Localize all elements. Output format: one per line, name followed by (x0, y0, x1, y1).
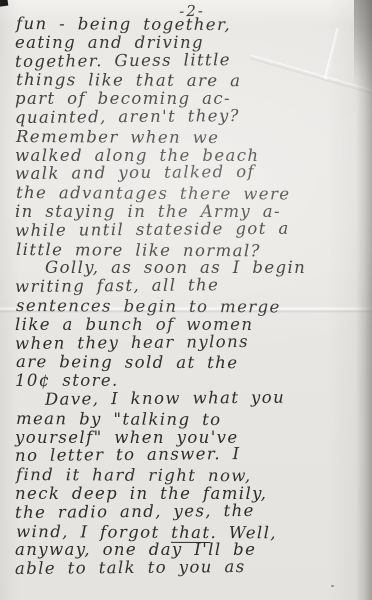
letter-line: writing fast, all the (15, 275, 363, 297)
letter-line: the advantages there were (16, 184, 364, 205)
letter-line: Remember when we (16, 128, 364, 149)
letter-line: wind, I forgot that. Well, (16, 523, 364, 544)
letter-line: the radio and, yes, the (15, 501, 363, 523)
letter-line: walk and you talked of (15, 162, 363, 184)
ink-speck (331, 585, 334, 587)
letter-line: sentences begin to merge (16, 297, 364, 318)
letter-line: able to talk to you as (15, 557, 363, 579)
letter-line: things like that are a (16, 71, 364, 92)
line-segment: . Well, (210, 523, 277, 542)
letter-page: -2- fun - being together,eating and driv… (0, 0, 372, 600)
letter-line: fun - being together, (16, 15, 364, 36)
letter-line: when they hear nylons (15, 332, 363, 354)
letter-line: no letter to answer. I (15, 444, 363, 466)
letter-line: little more like normal? (16, 241, 364, 262)
letter-line: Dave, I know what you (15, 388, 363, 410)
underlined-word: that (171, 522, 210, 542)
letter-line: find it hard right now, (16, 466, 364, 487)
letter-body-text: fun - being together,eating and drivingt… (15, 15, 363, 579)
letter-line: while until stateside got a (15, 219, 363, 241)
letter-line: quainted, aren't they? (15, 106, 363, 128)
letter-line: together. Guess little (15, 50, 363, 72)
letter-line: mean by "talking to (16, 410, 364, 431)
line-segment: wind, I forgot (16, 522, 171, 542)
letter-line: are being sold at the (16, 353, 364, 374)
